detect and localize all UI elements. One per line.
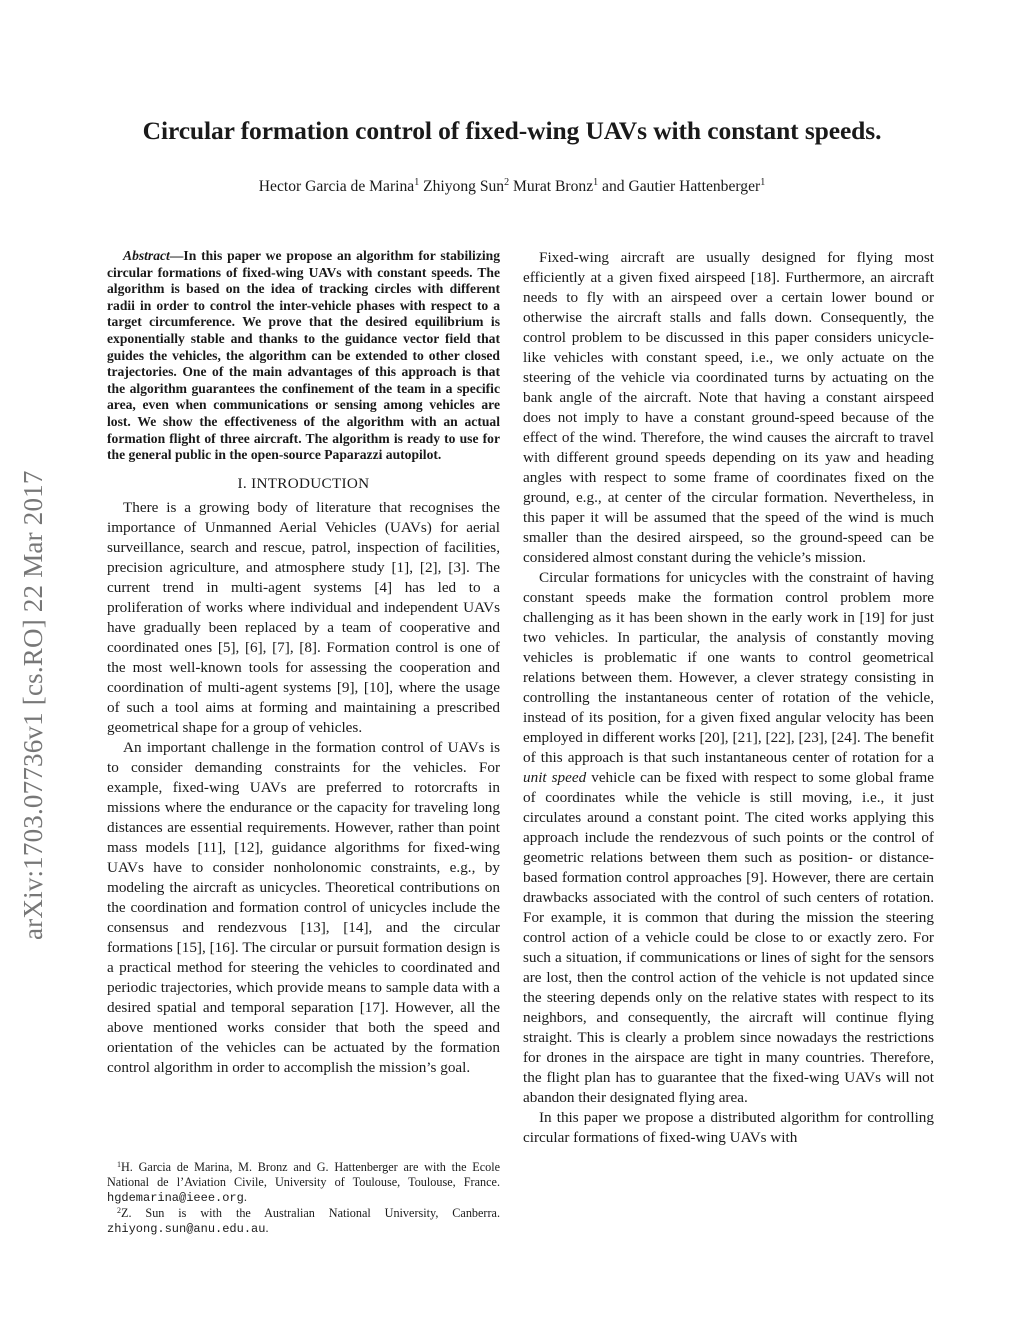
paper-title: Circular formation control of fixed-wing… [0,116,1024,146]
paragraph: Fixed-wing aircraft are usually designed… [523,248,934,568]
right-column: Fixed-wing aircraft are usually designed… [523,248,934,1148]
email-link[interactable]: hgdemarina@ieee.org [107,1191,244,1205]
affiliation-mark: 1 [593,177,598,188]
abstract-text: In this paper we propose an algorithm fo… [107,248,500,462]
arxiv-stamp: arXiv:1703.07736v1 [cs.RO] 22 Mar 2017 [18,470,49,940]
author-name: Zhiyong Sun [423,178,504,195]
abstract: Abstract—In this paper we propose an alg… [107,248,500,464]
paragraph: In this paper we propose a distributed a… [523,1108,934,1148]
affiliation-mark: 1 [760,177,765,188]
paragraph: An important challenge in the formation … [107,738,500,1078]
section-heading-introduction: I. INTRODUCTION [107,474,500,494]
footnote: 2Z. Sun is with the Australian National … [107,1206,500,1237]
author-name: Murat Bronz [513,178,593,195]
author-list: Hector Garcia de Marina1 Zhiyong Sun2 Mu… [0,178,1024,196]
affiliation-mark: 2 [504,177,509,188]
left-column: Abstract—In this paper we propose an alg… [107,248,500,1078]
paragraph: There is a growing body of literature th… [107,498,500,738]
author-name: and Gautier Hattenberger [602,178,760,195]
abstract-label: Abstract— [123,248,183,263]
footnote: 1H. Garcia de Marina, M. Bronz and G. Ha… [107,1160,500,1206]
affiliation-mark: 1 [414,177,419,188]
paragraph: Circular formations for unicycles with t… [523,568,934,1108]
author-name: Hector Garcia de Marina [259,178,414,195]
footnotes: 1H. Garcia de Marina, M. Bronz and G. Ha… [107,1160,500,1237]
email-link[interactable]: zhiyong.sun@anu.edu.au [107,1222,265,1236]
emphasis: unit speed [523,769,586,786]
